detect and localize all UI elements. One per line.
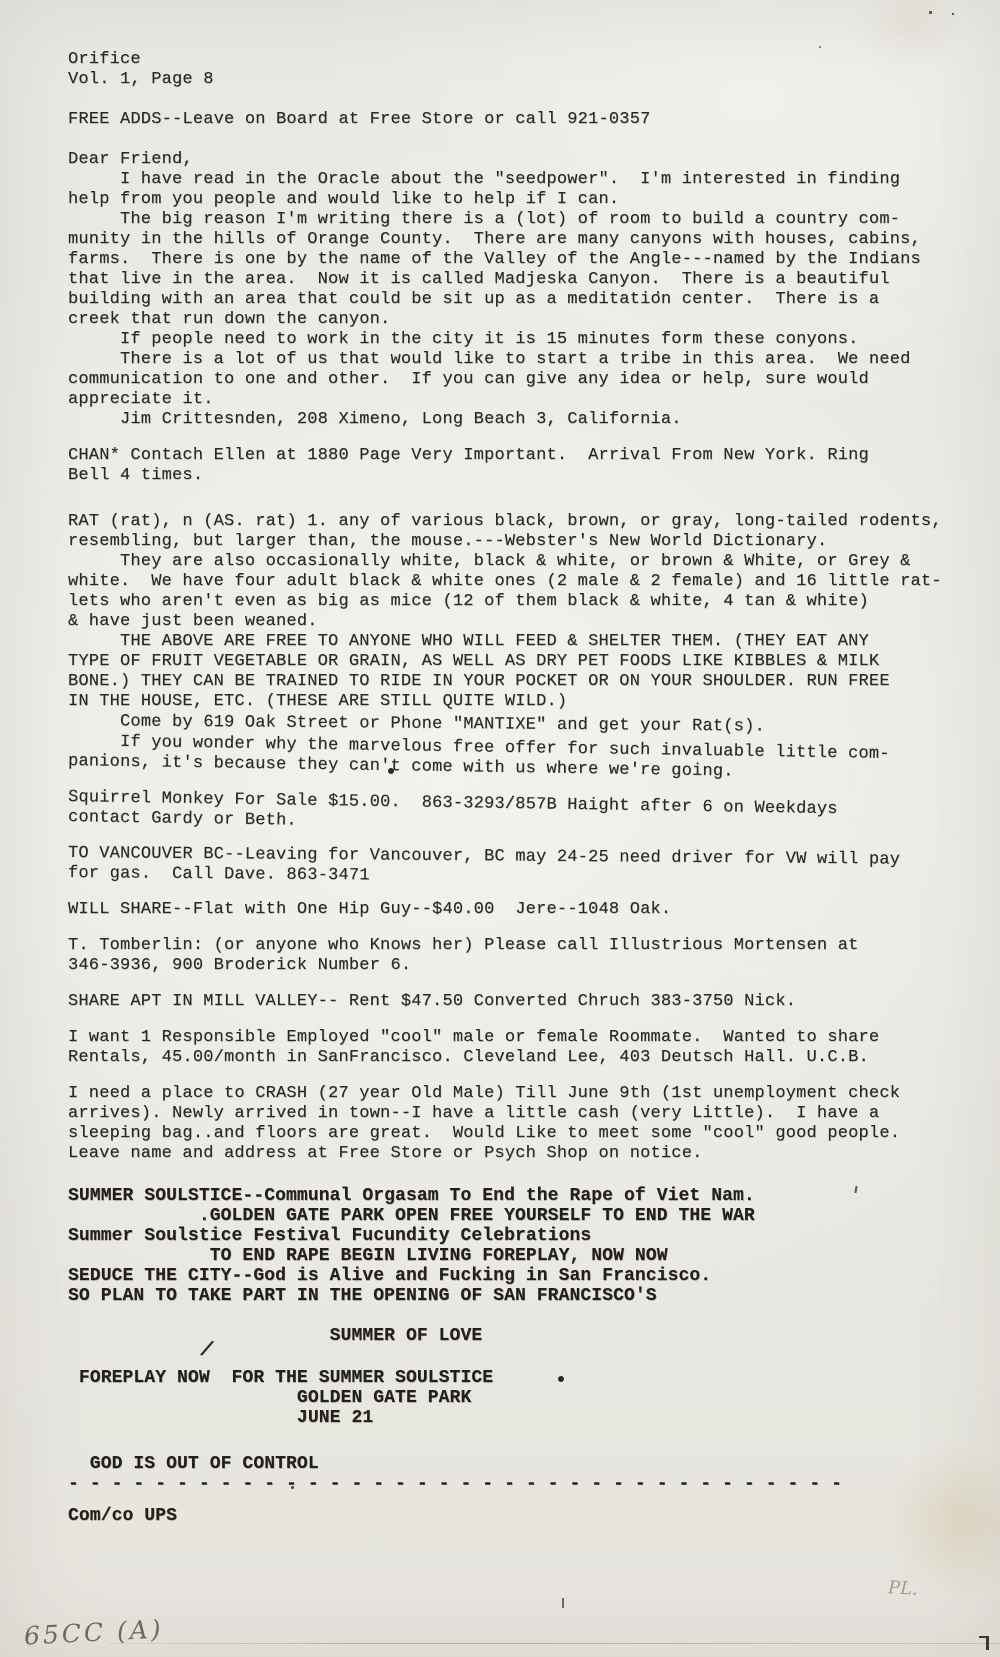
text-line: SO PLAN TO TAKE PART IN THE OPENING OF S… <box>68 1286 998 1306</box>
comco-credit: Com/co UPS <box>68 1506 998 1526</box>
text-line: Summer Soulstice Festival Fucundity Cele… <box>68 1226 998 1246</box>
text-line: help from you people and would like to h… <box>68 190 998 210</box>
text-line: The big reason I'm writing there is a (l… <box>68 210 998 230</box>
tomberlin-notice: T. Tomberlin: (or anyone who Knows her) … <box>68 936 998 976</box>
paper-stain <box>850 0 970 70</box>
text-line: lets who aren't even as big as mice (12 … <box>68 592 998 612</box>
text-line: Bell 4 times. <box>68 466 998 486</box>
squirrel-monkey-ad: Squirrel Monkey For Sale $15.00. 863-329… <box>68 788 998 828</box>
text-line: I want 1 Responsible Employed "cool" mal… <box>68 1028 998 1048</box>
text-line: SEDUCE THE CITY--God is Alive and Fuckin… <box>68 1266 998 1286</box>
text-line: & have just been weaned. <box>68 612 998 632</box>
text-line: T. Tomberlin: (or anyone who Knows her) … <box>68 936 998 956</box>
god-out-of-control: GOD IS OUT OF CONTROL- - - - - - - - - -… <box>68 1454 998 1494</box>
text-line: FREE ADDS--Leave on Board at Free Store … <box>68 110 998 130</box>
ink-dot <box>558 1376 564 1382</box>
text-line: munity in the hills of Orange County. Th… <box>68 230 998 250</box>
vancouver-ride-ad: TO VANCOUVER BC--Leaving for Vancouver, … <box>68 844 998 884</box>
foreplay-event: FOREPLAY NOW FOR THE SUMMER SOULSTICE GO… <box>68 1368 998 1428</box>
text-line: SHARE APT IN MILL VALLEY-- Rent $47.50 C… <box>68 992 998 1012</box>
text-line: - - - - - - - - - - - - - - - - - - - - … <box>68 1474 998 1494</box>
text-line: appreciate it. <box>68 390 998 410</box>
text-line: THE ABOVE ARE FREE TO ANYONE WHO WILL FE… <box>68 632 998 652</box>
text-line: GOLDEN GATE PARK <box>68 1388 998 1408</box>
text-line: creek that run down the canyon. <box>68 310 998 330</box>
text-line: building with an area that could be sit … <box>68 290 998 310</box>
mill-valley-ad: SHARE APT IN MILL VALLEY-- Rent $47.50 C… <box>68 992 998 1012</box>
paper-speck <box>657 291 659 294</box>
text-line: There is a lot of us that would like to … <box>68 350 998 370</box>
text-line: 346-3936, 900 Broderick Number 6. <box>68 956 998 976</box>
scan-corner-mark <box>979 1636 989 1638</box>
text-line: communication to one and other. If you c… <box>68 370 998 390</box>
text-line: FOREPLAY NOW FOR THE SUMMER SOULSTICE <box>68 1368 998 1388</box>
text-line: I have read in the Oracle about the "see… <box>68 170 998 190</box>
free-ads-header: FREE ADDS--Leave on Board at Free Store … <box>68 110 998 130</box>
paper-speck <box>562 1598 564 1608</box>
ink-dot <box>388 768 394 774</box>
text-line: Com/co UPS <box>68 1506 998 1526</box>
text-line: farms. There is one by the name of the V… <box>68 250 998 270</box>
text-line: resembling, but larger than, the mouse.-… <box>68 532 998 552</box>
handwritten-catalog-code: 65CC (A) <box>23 1614 164 1650</box>
text-line: Jim Crittesnden, 208 Ximeno, Long Beach … <box>68 410 998 430</box>
scanned-page: OrificeVol. 1, Page 8FREE ADDS--Leave on… <box>0 0 1000 1657</box>
text-line: I need a place to CRASH (27 year Old Mal… <box>68 1084 998 1104</box>
text-line: TYPE OF FRUIT VEGETABLE OR GRAIN, AS WEL… <box>68 652 998 672</box>
text-line: IN THE HOUSE, ETC. (THESE ARE STILL QUIT… <box>68 692 998 712</box>
paper-edge-shadow <box>108 1643 1000 1644</box>
soulstice-announcement: SUMMER SOULSTICE--Communal Orgasam To En… <box>68 1186 998 1306</box>
text-line: Dear Friend, <box>68 150 998 170</box>
text-line: that live in the area. Now it is called … <box>68 270 998 290</box>
text-line: JUNE 21 <box>68 1408 998 1428</box>
paper-speck <box>819 46 821 48</box>
text-line: SUMMER SOULSTICE--Communal Orgasam To En… <box>68 1186 998 1206</box>
crash-ad: I need a place to CRASH (27 year Old Mal… <box>68 1084 998 1164</box>
roommate-ad: I want 1 Responsible Employed "cool" mal… <box>68 1028 998 1068</box>
rat-ad: RAT (rat), n (AS. rat) 1. any of various… <box>68 512 998 772</box>
text-line: CHAN* Contach Ellen at 1880 Page Very Im… <box>68 446 998 466</box>
text-line: Vol. 1, Page 8 <box>68 70 998 90</box>
ink-dot <box>291 1486 294 1489</box>
text-line: They are also occasionally white, black … <box>68 552 998 572</box>
chan-notice: CHAN* Contach Ellen at 1880 Page Very Im… <box>68 446 998 486</box>
will-share-ad: WILL SHARE--Flat with One Hip Guy--$40.0… <box>68 900 998 920</box>
text-line: .GOLDEN GATE PARK OPEN FREE YOURSELF TO … <box>68 1206 998 1226</box>
text-line: white. We have four adult black & white … <box>68 572 998 592</box>
text-line: If people need to work in the city it is… <box>68 330 998 350</box>
text-line: Leave name and address at Free Store or … <box>68 1144 998 1164</box>
paper-stain <box>880 1440 1000 1600</box>
text-line: Rentals, 45.00/month in SanFrancisco. Cl… <box>68 1048 998 1068</box>
text-line: BONE.) THEY CAN BE TRAINED TO RIDE IN YO… <box>68 672 998 692</box>
document-body: OrificeVol. 1, Page 8FREE ADDS--Leave on… <box>68 0 998 1526</box>
text-line: TO END RAPE BEGIN LIVING FOREPLAY, NOW N… <box>68 1246 998 1266</box>
text-line: arrives). Newly arrived in town--I have … <box>68 1104 998 1124</box>
letter-ad: Dear Friend, I have read in the Oracle a… <box>68 150 998 430</box>
text-line: GOD IS OUT OF CONTROL <box>68 1454 998 1474</box>
text-line: WILL SHARE--Flat with One Hip Guy--$40.0… <box>68 900 998 920</box>
text-line: RAT (rat), n (AS. rat) 1. any of various… <box>68 512 998 532</box>
text-line: sleeping bag..and floors are great. Woul… <box>68 1124 998 1144</box>
